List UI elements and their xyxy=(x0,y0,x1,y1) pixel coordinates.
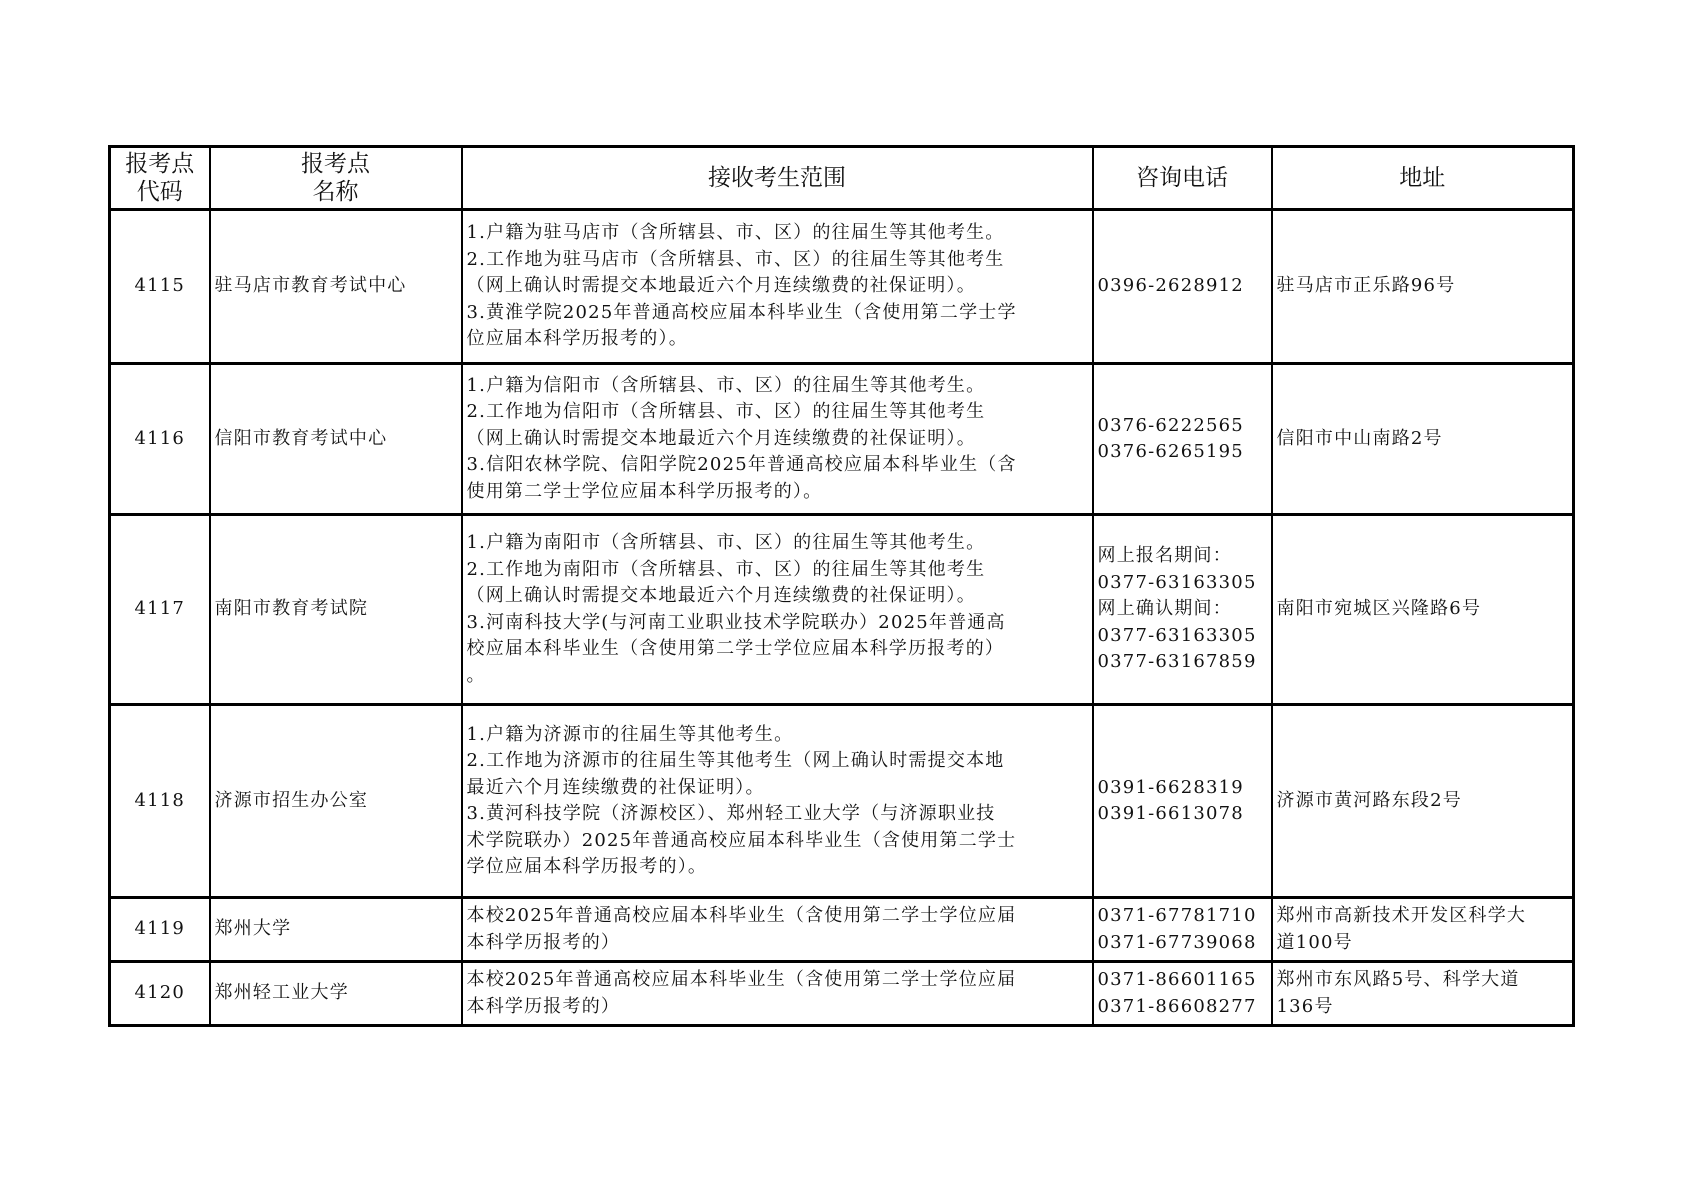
site-name: 南阳市教育考试院 xyxy=(210,515,462,705)
table-row: 4116 信阳市教育考试中心 1.户籍为信阳市（含所辖县、市、区）的往届生等其他… xyxy=(110,364,1574,515)
scope-line: （网上确认时需提交本地最近六个月连续缴费的社保证明）。 xyxy=(467,583,1088,610)
address-line: 南阳市宛城区兴隆路6号 xyxy=(1277,596,1569,623)
site-code: 4118 xyxy=(110,705,210,898)
site-code: 4119 xyxy=(110,898,210,962)
scope-line: 本科学历报考的） xyxy=(467,994,1088,1021)
site-code: 4116 xyxy=(110,364,210,515)
scope-line: 2.工作地为南阳市（含所辖县、市、区）的往届生等其他考生 xyxy=(467,557,1088,584)
table-header: 报考点 代码 报考点 名称 接收考生范围 咨询电话 地址 xyxy=(110,147,1574,210)
scope-line: 3.信阳农林学院、信阳学院2025年普通高校应届本科毕业生（含 xyxy=(467,452,1088,479)
table-row: 4115 驻马店市教育考试中心 1.户籍为驻马店市（含所辖县、市、区）的往届生等… xyxy=(110,210,1574,364)
phone-line: 0391-6613078 xyxy=(1098,801,1267,828)
phone-line: 0377-63167859 xyxy=(1098,649,1267,676)
site-name: 郑州大学 xyxy=(210,898,462,962)
site-scope: 本校2025年普通高校应届本科毕业生（含使用第二学士学位应届 本科学历报考的） xyxy=(462,898,1093,962)
scope-line: 本校2025年普通高校应届本科毕业生（含使用第二学士学位应届 xyxy=(467,967,1088,994)
table-row: 4120 郑州轻工业大学 本校2025年普通高校应届本科毕业生（含使用第二学士学… xyxy=(110,962,1574,1026)
scope-line: 3.河南科技大学(与河南工业职业技术学院联办）2025年普通高 xyxy=(467,610,1088,637)
phone-line: 0377-63163305 xyxy=(1098,570,1267,597)
address-line: 道100号 xyxy=(1277,930,1569,957)
phone-line: 0391-6628319 xyxy=(1098,775,1267,802)
scope-line: 本科学历报考的） xyxy=(467,930,1088,957)
phone-line: 0371-86608277 xyxy=(1098,994,1267,1021)
scope-line: 2.工作地为信阳市（含所辖县、市、区）的往届生等其他考生 xyxy=(467,399,1088,426)
address-line: 郑州市东风路5号、科学大道 xyxy=(1277,967,1569,994)
scope-line: 1.户籍为济源市的往届生等其他考生。 xyxy=(467,722,1088,749)
phone-line: 0371-67781710 xyxy=(1098,903,1267,930)
header-row: 报考点 代码 报考点 名称 接收考生范围 咨询电话 地址 xyxy=(110,147,1574,210)
exam-sites-table: 报考点 代码 报考点 名称 接收考生范围 咨询电话 地址 4115 驻马店市教育… xyxy=(108,145,1575,1027)
site-name: 驻马店市教育考试中心 xyxy=(210,210,462,364)
scope-line: 校应届本科毕业生（含使用第二学士学位应届本科学历报考的） xyxy=(467,636,1088,663)
site-code: 4117 xyxy=(110,515,210,705)
address-line: 136号 xyxy=(1277,994,1569,1021)
address-line: 济源市黄河路东段2号 xyxy=(1277,788,1569,815)
header-code: 报考点 代码 xyxy=(110,147,210,210)
site-phone: 网上报名期间： 0377-63163305 网上确认期间： 0377-63163… xyxy=(1093,515,1272,705)
scope-line: 1.户籍为信阳市（含所辖县、市、区）的往届生等其他考生。 xyxy=(467,373,1088,400)
site-name: 郑州轻工业大学 xyxy=(210,962,462,1026)
site-address: 郑州市高新技术开发区科学大 道100号 xyxy=(1272,898,1574,962)
phone-line: 0396-2628912 xyxy=(1098,273,1267,300)
header-name-line: 报考点 xyxy=(215,150,457,178)
scope-line: 本校2025年普通高校应届本科毕业生（含使用第二学士学位应届 xyxy=(467,903,1088,930)
header-phone: 咨询电话 xyxy=(1093,147,1272,210)
address-line: 信阳市中山南路2号 xyxy=(1277,426,1569,453)
table-row: 4118 济源市招生办公室 1.户籍为济源市的往届生等其他考生。 2.工作地为济… xyxy=(110,705,1574,898)
address-line: 驻马店市正乐路96号 xyxy=(1277,273,1569,300)
phone-line: 0376-6265195 xyxy=(1098,439,1267,466)
site-name: 济源市招生办公室 xyxy=(210,705,462,898)
header-scope: 接收考生范围 xyxy=(462,147,1093,210)
scope-line: 最近六个月连续缴费的社保证明）。 xyxy=(467,775,1088,802)
site-address: 郑州市东风路5号、科学大道 136号 xyxy=(1272,962,1574,1026)
header-name: 报考点 名称 xyxy=(210,147,462,210)
phone-line: 0371-67739068 xyxy=(1098,930,1267,957)
site-scope: 1.户籍为济源市的往届生等其他考生。 2.工作地为济源市的往届生等其他考生（网上… xyxy=(462,705,1093,898)
scope-line: 学位应届本科学历报考的）。 xyxy=(467,854,1088,881)
site-code: 4120 xyxy=(110,962,210,1026)
scope-line: 使用第二学士学位应届本科学历报考的）。 xyxy=(467,479,1088,506)
site-phone: 0371-86601165 0371-86608277 xyxy=(1093,962,1272,1026)
site-phone: 0396-2628912 xyxy=(1093,210,1272,364)
site-address: 驻马店市正乐路96号 xyxy=(1272,210,1574,364)
site-address: 南阳市宛城区兴隆路6号 xyxy=(1272,515,1574,705)
scope-line: 。 xyxy=(467,663,1088,690)
site-phone: 0371-67781710 0371-67739068 xyxy=(1093,898,1272,962)
site-scope: 1.户籍为驻马店市（含所辖县、市、区）的往届生等其他考生。 2.工作地为驻马店市… xyxy=(462,210,1093,364)
scope-line: 2.工作地为济源市的往届生等其他考生（网上确认时需提交本地 xyxy=(467,748,1088,775)
site-phone: 0376-6222565 0376-6265195 xyxy=(1093,364,1272,515)
header-code-line: 代码 xyxy=(115,178,205,206)
scope-line: （网上确认时需提交本地最近六个月连续缴费的社保证明）。 xyxy=(467,273,1088,300)
phone-line: 0371-86601165 xyxy=(1098,967,1267,994)
scope-line: （网上确认时需提交本地最近六个月连续缴费的社保证明）。 xyxy=(467,426,1088,453)
header-name-line: 名称 xyxy=(215,178,457,206)
header-address: 地址 xyxy=(1272,147,1574,210)
phone-label: 网上确认期间： xyxy=(1098,596,1267,623)
site-phone: 0391-6628319 0391-6613078 xyxy=(1093,705,1272,898)
phone-label: 网上报名期间： xyxy=(1098,543,1267,570)
site-scope: 1.户籍为南阳市（含所辖县、市、区）的往届生等其他考生。 2.工作地为南阳市（含… xyxy=(462,515,1093,705)
scope-line: 1.户籍为南阳市（含所辖县、市、区）的往届生等其他考生。 xyxy=(467,530,1088,557)
site-scope: 1.户籍为信阳市（含所辖县、市、区）的往届生等其他考生。 2.工作地为信阳市（含… xyxy=(462,364,1093,515)
site-address: 济源市黄河路东段2号 xyxy=(1272,705,1574,898)
site-name: 信阳市教育考试中心 xyxy=(210,364,462,515)
phone-line: 0377-63163305 xyxy=(1098,623,1267,650)
scope-line: 术学院联办）2025年普通高校应届本科毕业生（含使用第二学士 xyxy=(467,828,1088,855)
table-row: 4117 南阳市教育考试院 1.户籍为南阳市（含所辖县、市、区）的往届生等其他考… xyxy=(110,515,1574,705)
scope-line: 2.工作地为驻马店市（含所辖县、市、区）的往届生等其他考生 xyxy=(467,247,1088,274)
site-code: 4115 xyxy=(110,210,210,364)
phone-line: 0376-6222565 xyxy=(1098,413,1267,440)
address-line: 郑州市高新技术开发区科学大 xyxy=(1277,903,1569,930)
table-row: 4119 郑州大学 本校2025年普通高校应届本科毕业生（含使用第二学士学位应届… xyxy=(110,898,1574,962)
site-address: 信阳市中山南路2号 xyxy=(1272,364,1574,515)
site-scope: 本校2025年普通高校应届本科毕业生（含使用第二学士学位应届 本科学历报考的） xyxy=(462,962,1093,1026)
scope-line: 1.户籍为驻马店市（含所辖县、市、区）的往届生等其他考生。 xyxy=(467,220,1088,247)
scope-line: 3.黄河科技学院（济源校区）、郑州轻工业大学（与济源职业技 xyxy=(467,801,1088,828)
header-code-line: 报考点 xyxy=(115,150,205,178)
scope-line: 位应届本科学历报考的）。 xyxy=(467,326,1088,353)
scope-line: 3.黄淮学院2025年普通高校应届本科毕业生（含使用第二学士学 xyxy=(467,300,1088,327)
